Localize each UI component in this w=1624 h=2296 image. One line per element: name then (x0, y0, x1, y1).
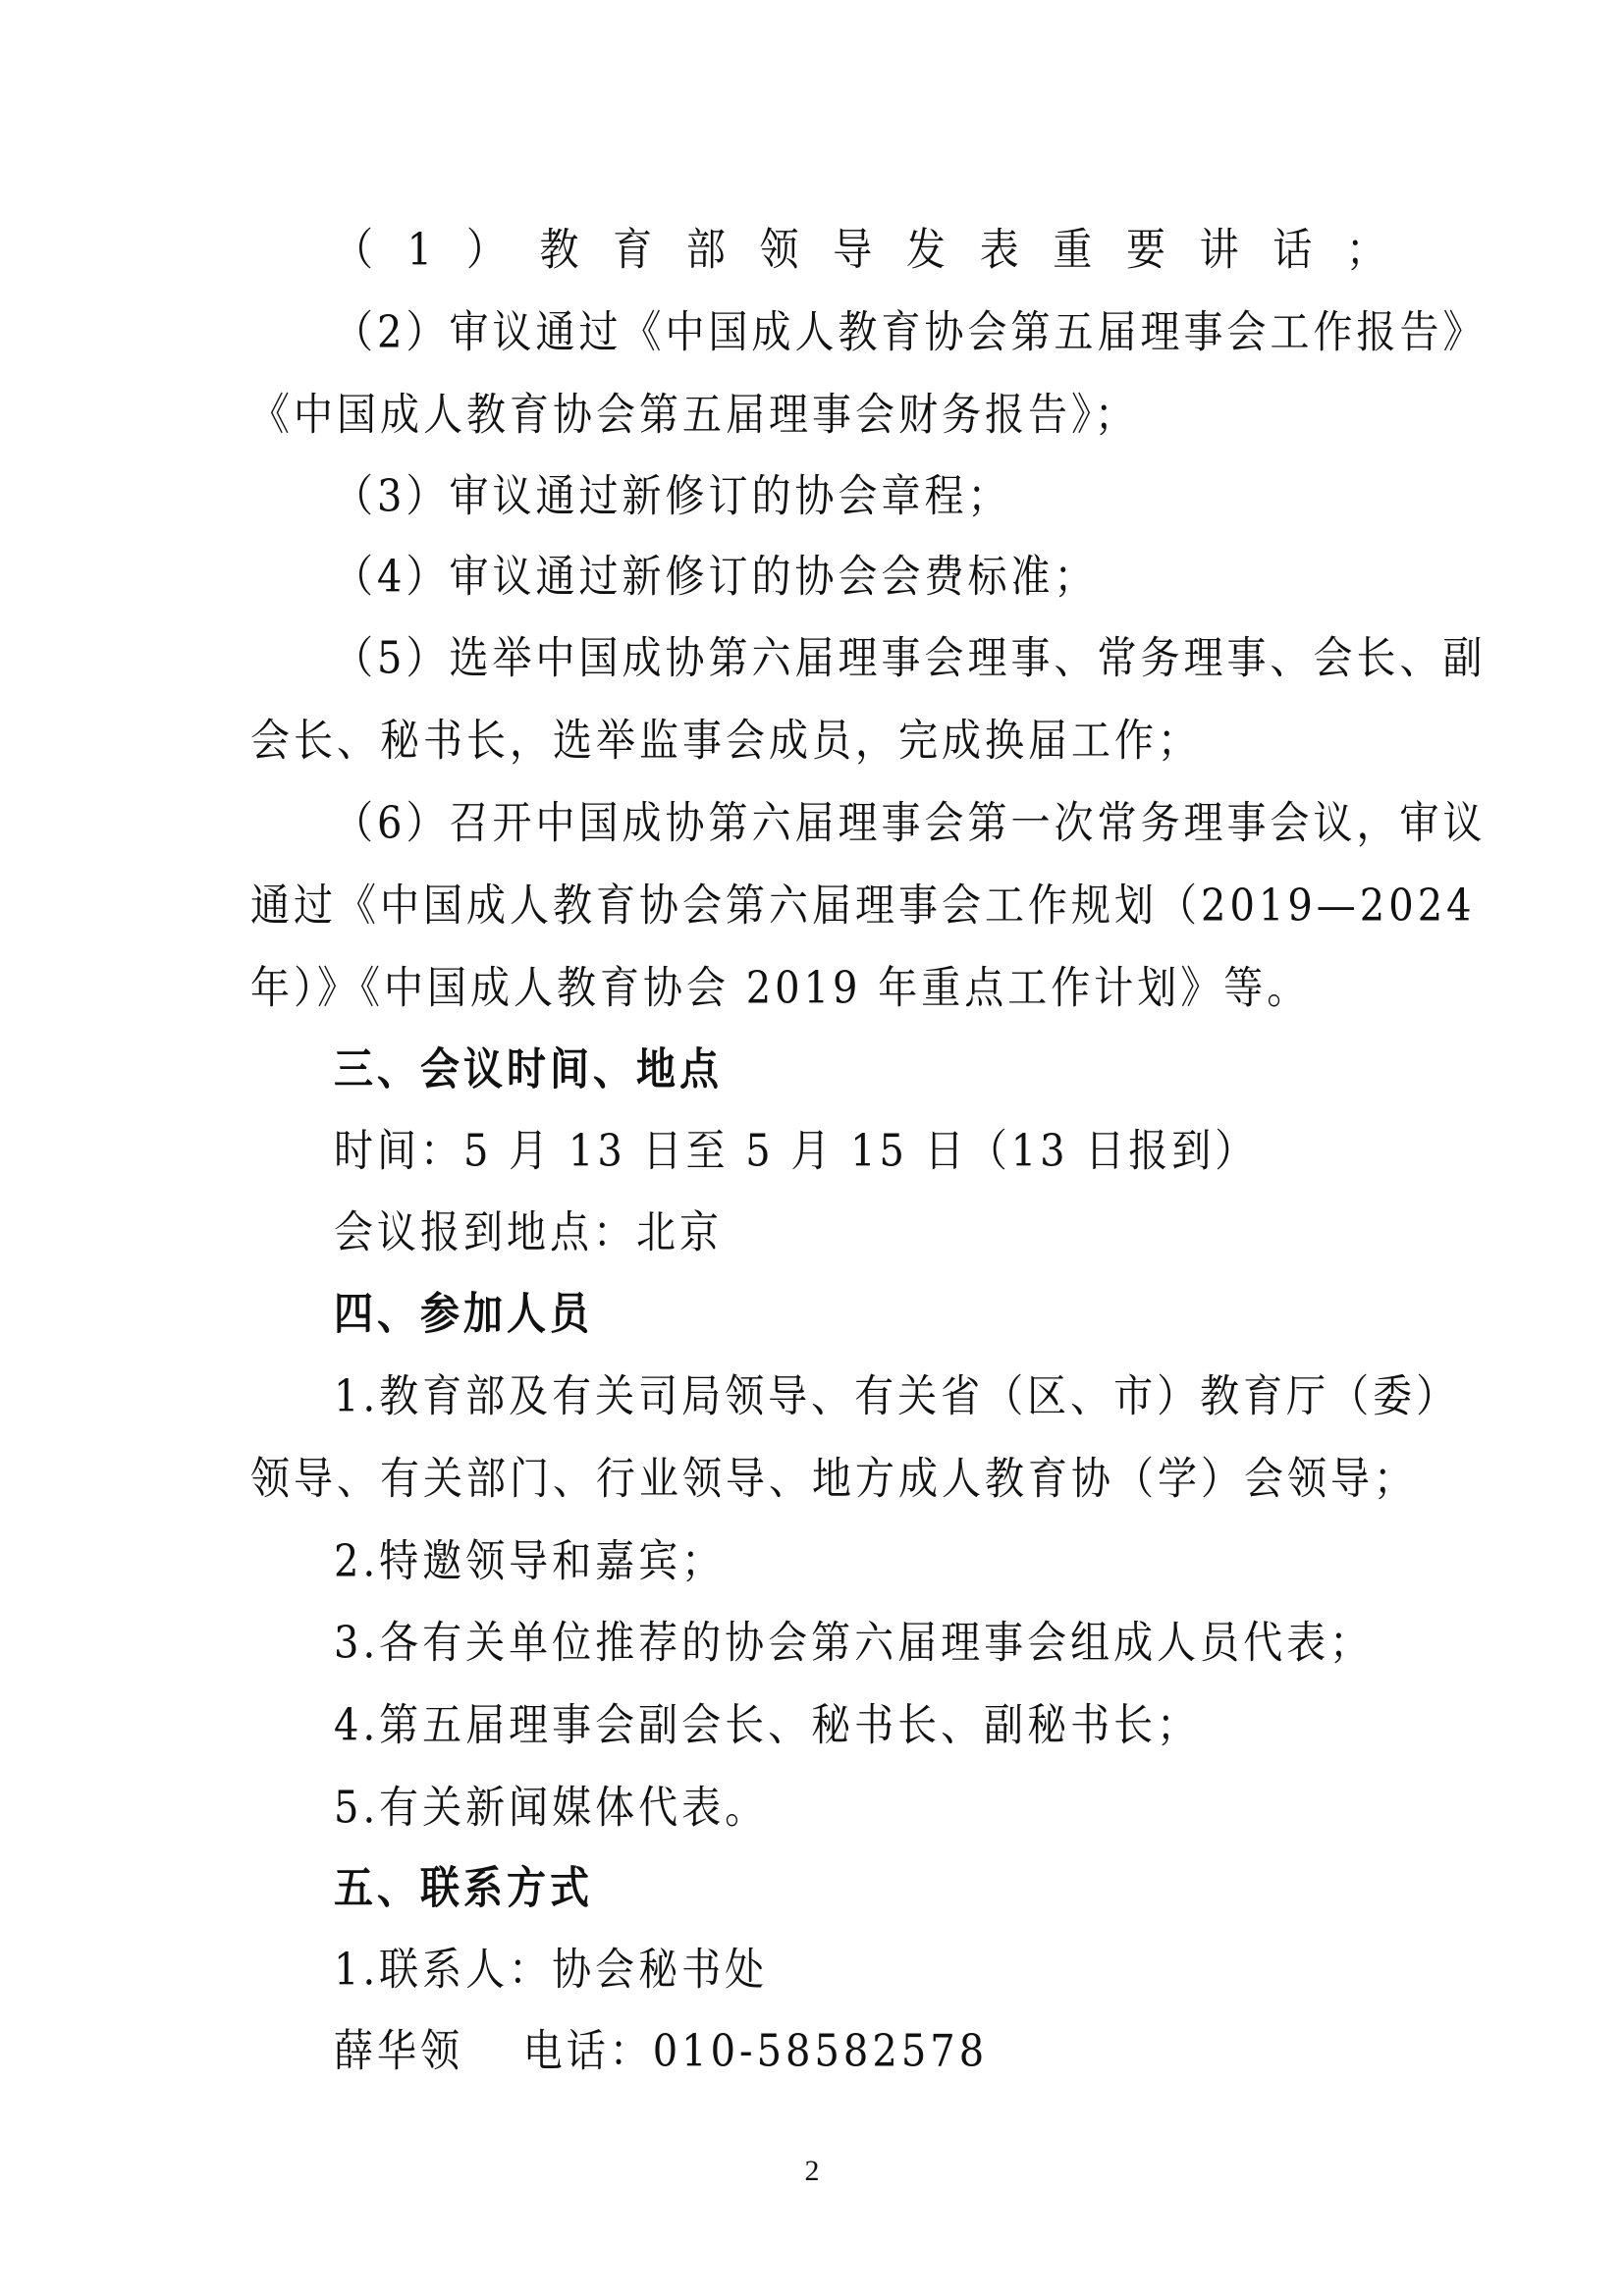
page-number: 2 (0, 2155, 1624, 2188)
participant-item-1: 1.教育部及有关司局领导、有关省（区、市）教育厅（委） (334, 1369, 1389, 1424)
document-page: （1）教育部领导发表重要讲话； （2）审议通过《中国成人教育协会第五届理事会工作… (0, 0, 1624, 2296)
participant-item-3: 3.各有关单位推荐的协会第六届理事会组成人员代表； (334, 1616, 1389, 1671)
agenda-item-5: （5）选举中国成协第六届理事会理事、常务理事、会长、副 (334, 631, 1389, 686)
section-heading-contact: 五、联系方式 (334, 1861, 1389, 1916)
agenda-item-5-cont: 会长、秘书长，选举监事会成员，完成换届工作； (250, 714, 1389, 769)
meeting-place: 会议报到地点：北京 (334, 1205, 1389, 1260)
participant-item-5: 5.有关新闻媒体代表。 (334, 1781, 1389, 1836)
participant-item-2: 2.特邀领导和嘉宾； (334, 1534, 1389, 1589)
contact-office: 1.联系人：协会秘书处 (334, 1943, 1389, 1998)
agenda-item-2-cont: 《中国成人教育协会第五届理事会财务报告》； (250, 388, 1389, 443)
agenda-item-2: （2）审议通过《中国成人教育协会第五届理事会工作报告》 (334, 305, 1389, 360)
meeting-time: 时间：5 月 13 日至 5 月 15 日（13 日报到） (334, 1124, 1389, 1179)
participant-item-4: 4.第五届理事会副会长、秘书长、副秘书长； (334, 1698, 1389, 1753)
section-heading-time-place: 三、会议时间、地点 (334, 1042, 1389, 1097)
agenda-item-6: （6）召开中国成协第六届理事会第一次常务理事会议，审议 (334, 796, 1389, 851)
agenda-item-1: （1）教育部领导发表重要讲话； (334, 223, 1389, 278)
agenda-item-4: （4）审议通过新修订的协会会费标准； (334, 550, 1389, 605)
agenda-item-3: （3）审议通过新修订的协会章程； (334, 469, 1389, 524)
contact-person-phone: 薛华领 电话：010-58582578 (334, 2024, 1389, 2079)
participant-item-1-cont: 领导、有关部门、行业领导、地方成人教育协（学）会领导； (250, 1452, 1389, 1507)
section-heading-participants: 四、参加人员 (334, 1287, 1389, 1342)
agenda-item-6-cont2: 年）》《中国成人教育协会 2019 年重点工作计划》等。 (250, 961, 1389, 1016)
agenda-item-6-cont: 通过《中国成人教育协会第六届理事会工作规划（2019—2024 (250, 879, 1389, 934)
